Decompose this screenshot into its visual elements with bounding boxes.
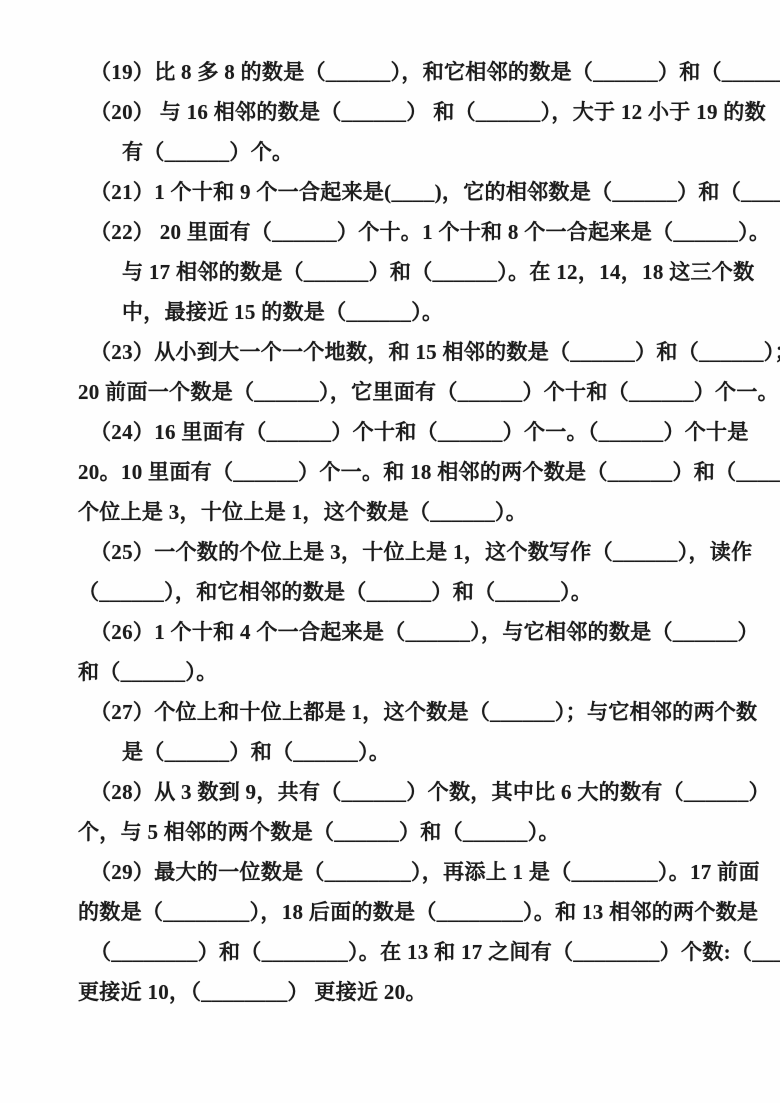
worksheet-line: （26）1 个十和 4 个一合起来是（______），与它相邻的数是（_____…	[0, 612, 780, 652]
worksheet-line: （22） 20 里面有（______）个十。1 个十和 8 个一合起来是（___…	[0, 212, 780, 252]
worksheet-line: 与 17 相邻的数是（______）和（______）。在 12，14，18 这…	[0, 252, 780, 292]
worksheet-line: （23）从小到大一个一个地数，和 15 相邻的数是（______）和（_____…	[0, 332, 780, 372]
worksheet-line: （27）个位上和十位上都是 1，这个数是（______）；与它相邻的两个数	[0, 692, 780, 732]
worksheet-line: （21）1 个十和 9 个一合起来是(____)，它的相邻数是（______）和…	[0, 172, 780, 212]
worksheet-line: 是（______）和（______）。	[0, 732, 780, 772]
worksheet-line: 20。10 里面有（______）个一。和 18 相邻的两个数是（______）…	[0, 452, 780, 492]
worksheet-line: 的数是（________），18 后面的数是（________）。和 13 相邻…	[0, 892, 780, 932]
worksheet-line: （25）一个数的个位上是 3，十位上是 1，这个数写作（______），读作	[0, 532, 780, 572]
worksheet-line: （________）和（________）。在 13 和 17 之间有（____…	[0, 932, 780, 972]
worksheet-line: （29）最大的一位数是（________），再添上 1 是（________）。…	[0, 852, 780, 892]
worksheet-body: （19）比 8 多 8 的数是（______），和它相邻的数是（______）和…	[0, 52, 780, 1012]
worksheet-line: （28）从 3 数到 9，共有（______）个数，其中比 6 大的数有（___…	[0, 772, 780, 812]
worksheet-line: （19）比 8 多 8 的数是（______），和它相邻的数是（______）和…	[0, 52, 780, 92]
worksheet-line: 有（______）个。	[0, 132, 780, 172]
worksheet-page: （19）比 8 多 8 的数是（______），和它相邻的数是（______）和…	[0, 0, 780, 1103]
worksheet-line: 20 前面一个数是（______），它里面有（______）个十和（______…	[0, 372, 780, 412]
worksheet-line: （24）16 里面有（______）个十和（______）个一。（______）…	[0, 412, 780, 452]
worksheet-line: 更接近 10，（________） 更接近 20。	[0, 972, 780, 1012]
worksheet-line: （20） 与 16 相邻的数是（______） 和（______），大于 12 …	[0, 92, 780, 132]
worksheet-line: 中，最接近 15 的数是（______）。	[0, 292, 780, 332]
worksheet-line: 个，与 5 相邻的两个数是（______）和（______）。	[0, 812, 780, 852]
worksheet-line: 个位上是 3，十位上是 1，这个数是（______）。	[0, 492, 780, 532]
worksheet-line: 和（______）。	[0, 652, 780, 692]
worksheet-line: （______），和它相邻的数是（______）和（______）。	[0, 572, 780, 612]
